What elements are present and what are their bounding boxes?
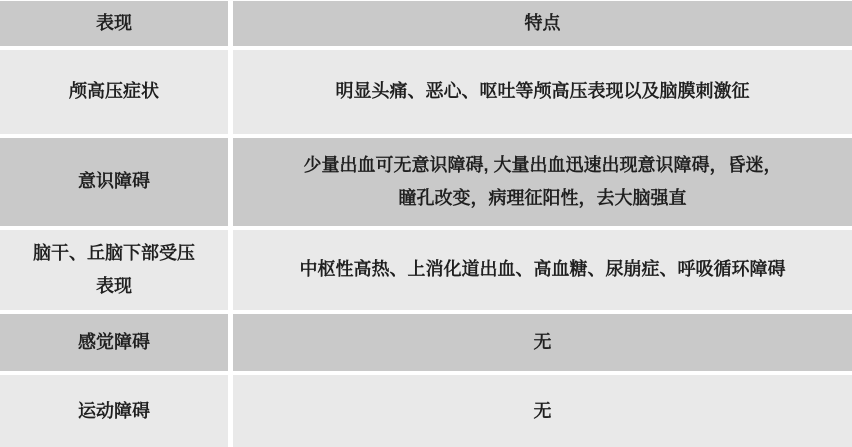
clinical-features-table: 表现 特点 颅高压症状 明显头痛、恶心、呕吐等颅高压表现以及脑膜刺激征 意识障碍… — [0, 0, 852, 447]
table-grid: 表现 特点 颅高压症状 明显头痛、恶心、呕吐等颅高压表现以及脑膜刺激征 意识障碍… — [0, 1, 852, 447]
row-label-consciousness-disorder: 意识障碍 — [0, 138, 228, 226]
row-value-intracranial-hypertension: 明显头痛、恶心、呕吐等颅高压表现以及脑膜刺激征 — [233, 50, 852, 134]
header-cell-feature: 特点 — [233, 1, 852, 46]
row-label-motor-disorder: 运动障碍 — [0, 375, 228, 447]
row-label-sensory-disorder: 感觉障碍 — [0, 314, 228, 371]
header-cell-manifestation: 表现 — [0, 1, 228, 46]
row-value-brainstem-hypothalamus-compression: 中枢性高热、上消化道出血、高血糖、尿崩症、呼吸循环障碍 — [233, 230, 852, 310]
row-label-brainstem-hypothalamus-compression: 脑干、丘脑下部受压 表现 — [0, 230, 228, 310]
row-label-intracranial-hypertension: 颅高压症状 — [0, 50, 228, 134]
row-value-consciousness-disorder: 少量出血可无意识障碍, 大量出血迅速出现意识障碍，昏迷， 瞳孔改变，病理征阳性，… — [233, 138, 852, 226]
row-value-sensory-disorder: 无 — [233, 314, 852, 371]
row-value-motor-disorder: 无 — [233, 375, 852, 447]
